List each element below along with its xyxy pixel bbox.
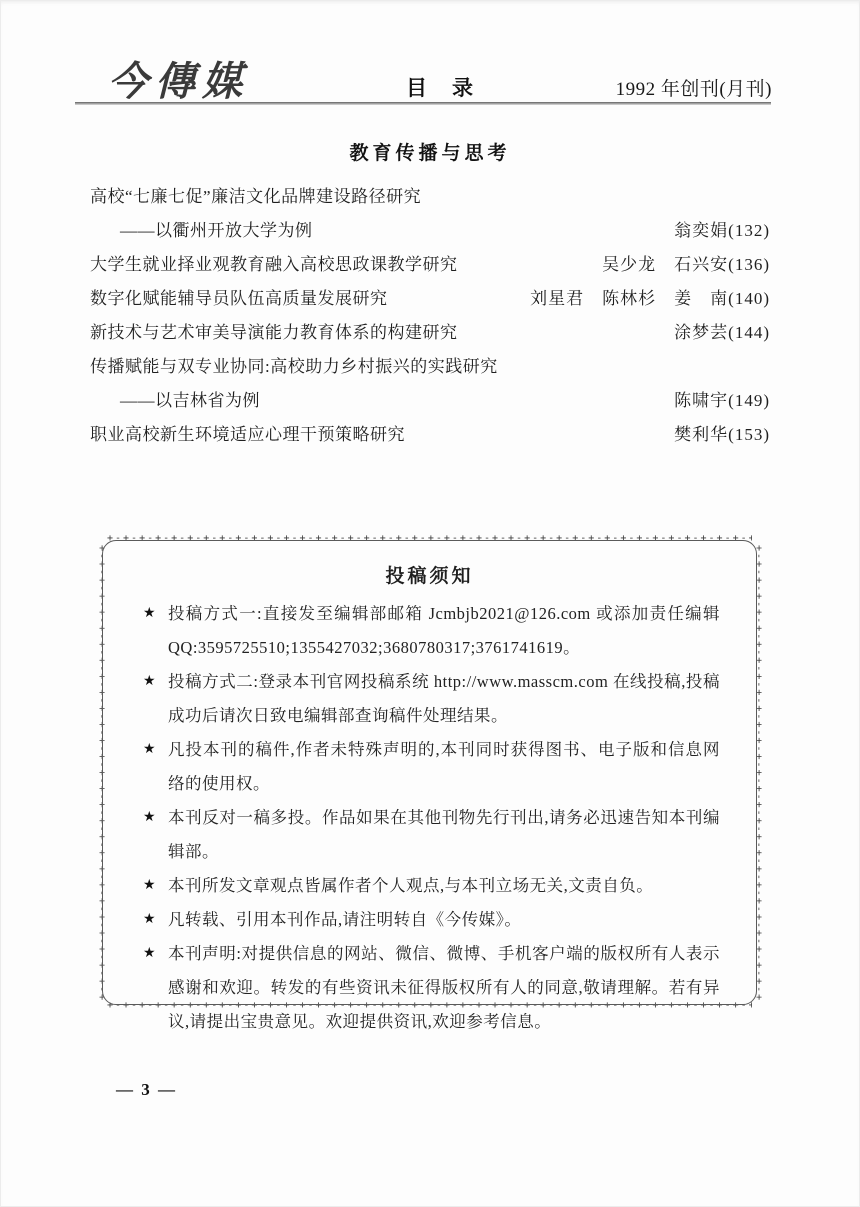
article-byline: 陈啸宇(149)	[674, 384, 770, 418]
article-title: 大学生就业择业观教育融入高校思政课教学研究	[90, 248, 458, 282]
notice-item: ★ 本刊所发文章观点皆属作者个人观点,与本刊立场无关,文责自负。	[143, 869, 720, 903]
toc-row: 职业高校新生环境适应心理干预策略研究 樊利华(153)	[90, 418, 770, 452]
article-byline: 翁奕娟(132)	[674, 214, 770, 248]
notice-item: ★ 凡投本刊的稿件,作者未特殊声明的,本刊同时获得图书、电子版和信息网络的使用权…	[143, 733, 720, 801]
article-subtitle: ——以衢州开放大学为例	[90, 214, 313, 248]
notice-item: ★ 本刊反对一稿多投。作品如果在其他刊物先行刊出,请务必迅速告知本刊编辑部。	[143, 801, 720, 869]
submission-notice-box: +-+-+-+-+-+-+-+-+-+-+-+-+-+-+-+-+-+-+-+-…	[97, 535, 762, 1010]
article-byline: 刘星君 陈林杉 姜 南(140)	[530, 282, 770, 316]
article-byline: 樊利华(153)	[674, 418, 770, 452]
notice-item: ★ 凡转载、引用本刊作品,请注明转自《今传媒》。	[143, 903, 720, 937]
notice-item-text: 凡投本刊的稿件,作者未特殊声明的,本刊同时获得图书、电子版和信息网络的使用权。	[168, 740, 720, 793]
star-bullet-icon: ★	[143, 869, 156, 903]
notice-list: ★ 投稿方式一:直接发至编辑部邮箱 Jcmbjb2021@126.com 或添加…	[143, 597, 720, 1039]
magazine-toc-page: 今傳媒 目 录 1992 年创刊(月刊) 教育传播与思考 高校“七廉七促”廉洁文…	[0, 0, 860, 1207]
star-bullet-icon: ★	[143, 665, 156, 699]
toc-row-subtitle: ——以衢州开放大学为例 翁奕娟(132)	[90, 214, 770, 248]
issue-info: 1992 年创刊(月刊)	[616, 74, 772, 101]
toc-row: 传播赋能与双专业协同:高校助力乡村振兴的实践研究	[90, 350, 770, 384]
notice-item-text: 本刊所发文章观点皆属作者个人观点,与本刊立场无关,文责自负。	[168, 876, 653, 895]
star-bullet-icon: ★	[143, 801, 156, 835]
notice-item-text: 本刊声明:对提供信息的网站、微信、微博、手机客户端的版权所有人表示感谢和欢迎。转…	[168, 944, 720, 1031]
article-subtitle: ——以吉林省为例	[90, 384, 260, 418]
article-title: 数字化赋能辅导员队伍高质量发展研究	[90, 282, 388, 316]
notice-item-text: 本刊反对一稿多投。作品如果在其他刊物先行刊出,请务必迅速告知本刊编辑部。	[168, 808, 720, 861]
star-bullet-icon: ★	[143, 937, 156, 971]
notice-item-text: 凡转载、引用本刊作品,请注明转自《今传媒》。	[168, 910, 521, 929]
toc-row: 新技术与艺术审美导演能力教育体系的构建研究 涂梦芸(144)	[90, 316, 770, 350]
article-byline: 涂梦芸(144)	[674, 316, 770, 350]
page-number: — 3 —	[116, 1080, 177, 1100]
notice-item: ★ 投稿方式一:直接发至编辑部邮箱 Jcmbjb2021@126.com 或添加…	[143, 597, 720, 665]
article-title: 传播赋能与双专业协同:高校助力乡村振兴的实践研究	[90, 350, 498, 384]
star-bullet-icon: ★	[143, 903, 156, 937]
notice-item: ★ 本刊声明:对提供信息的网站、微信、微博、手机客户端的版权所有人表示感谢和欢迎…	[143, 937, 720, 1039]
article-title: 新技术与艺术审美导演能力教育体系的构建研究	[90, 316, 458, 350]
header-divider	[75, 102, 771, 105]
article-byline: 吴少龙 石兴安(136)	[602, 248, 770, 282]
star-bullet-icon: ★	[143, 597, 156, 631]
section-title: 教育传播与思考	[0, 138, 860, 165]
notice-item-text: 投稿方式一:直接发至编辑部邮箱 Jcmbjb2021@126.com 或添加责任…	[168, 604, 720, 657]
article-title: 高校“七廉七促”廉洁文化品牌建设路径研究	[90, 180, 421, 214]
toc-row: 大学生就业择业观教育融入高校思政课教学研究 吴少龙 石兴安(136)	[90, 248, 770, 282]
page-title: 目 录	[406, 72, 475, 102]
toc-row: 数字化赋能辅导员队伍高质量发展研究 刘星君 陈林杉 姜 南(140)	[90, 282, 770, 316]
notice-title: 投稿须知	[97, 561, 762, 588]
journal-logo: 今傳媒	[108, 50, 249, 107]
article-title: 职业高校新生环境适应心理干预策略研究	[90, 418, 405, 452]
notice-item: ★ 投稿方式二:登录本刊官网投稿系统 http://www.masscm.com…	[143, 665, 720, 733]
notice-item-text: 投稿方式二:登录本刊官网投稿系统 http://www.masscm.com 在…	[168, 672, 720, 725]
toc-row: 高校“七廉七促”廉洁文化品牌建设路径研究	[90, 180, 770, 214]
toc-row-subtitle: ——以吉林省为例 陈啸宇(149)	[90, 384, 770, 418]
star-bullet-icon: ★	[143, 733, 156, 767]
toc-list: 高校“七廉七促”廉洁文化品牌建设路径研究 ——以衢州开放大学为例 翁奕娟(132…	[90, 180, 770, 452]
